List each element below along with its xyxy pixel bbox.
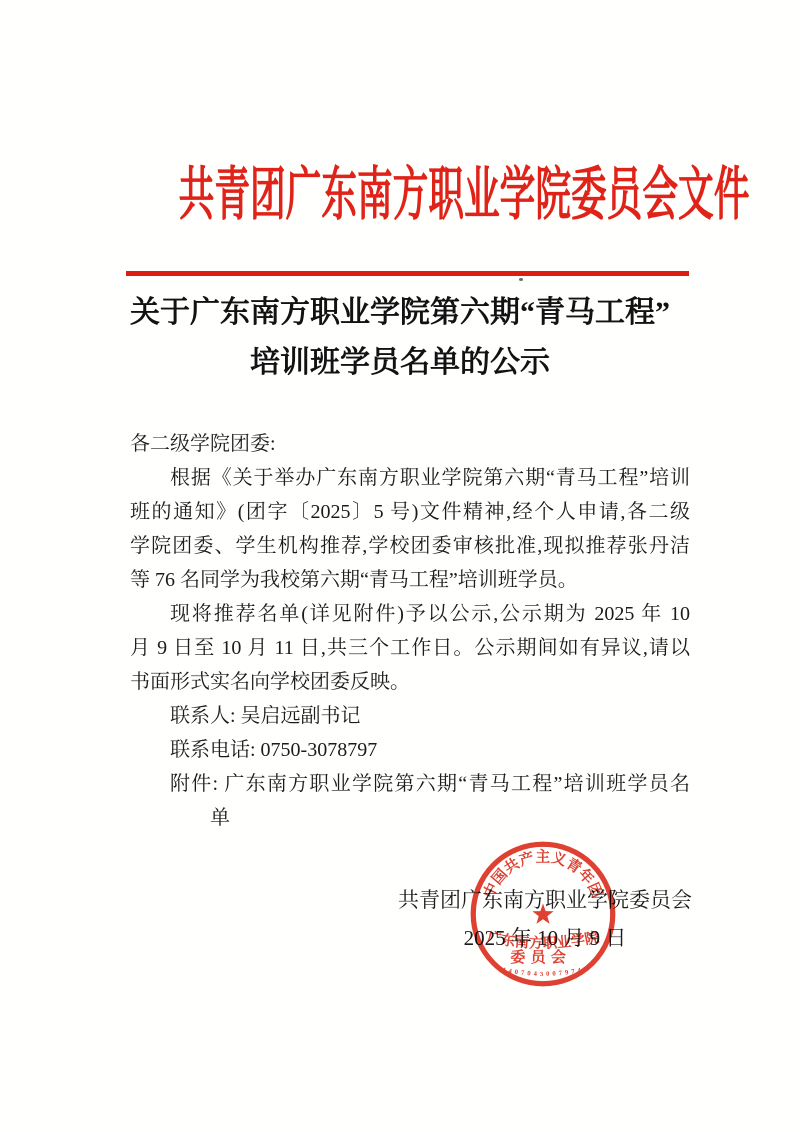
doc-title-line-1: 关于广东南方职业学院第六期“青马工程” bbox=[0, 288, 800, 338]
body-line: 等 76 名同学为我校第六期“青马工程”培训班学员。 bbox=[130, 563, 690, 597]
body-line: 书面形式实名向学校团委反映。 bbox=[130, 665, 690, 699]
body-line: 根据《关于举办广东南方职业学院第六期“青马工程”培训 bbox=[130, 461, 690, 495]
attachment-line: 附件: 广东南方职业学院第六期“青马工程”培训班学员名 bbox=[130, 767, 690, 801]
contact-phone-line: 联系电话: 0750-3078797 bbox=[130, 733, 690, 767]
letterhead-title: 共青团广东南方职业学院委员会文件 bbox=[179, 147, 750, 231]
seal-top-text: 中国共产主义青年团 bbox=[480, 848, 606, 901]
doc-title: 关于广东南方职业学院第六期“青马工程” 培训班学员名单的公示 bbox=[0, 288, 800, 388]
scan-speck bbox=[519, 278, 523, 281]
document-page: 共青团广东南方职业学院委员会文件 关于广东南方职业学院第六期“青马工程” 培训班… bbox=[0, 0, 800, 1132]
body-line: 学院团委、学生机构推荐,学校团委审核批准,现拟推荐张丹洁 bbox=[130, 529, 690, 563]
seal-committee-text: 委员会 bbox=[510, 948, 571, 966]
letterhead-rule bbox=[126, 271, 689, 276]
salutation: 各二级学院团委: bbox=[130, 427, 690, 461]
contact-person-line: 联系人: 吴启远副书记 bbox=[130, 699, 690, 733]
body-text: 各二级学院团委: 根据《关于举办广东南方职业学院第六期“青马工程”培训 班的通知… bbox=[130, 427, 690, 835]
body-line: 现将推荐名单(详见附件)予以公示,公示期为 2025 年 10 bbox=[130, 597, 690, 631]
official-seal: 中国共产主义青年团 广东南方职业学院 委员会 4407043007974 bbox=[468, 839, 618, 989]
body-line: 班的通知》(团字〔2025〕5 号)文件精神,经个人申请,各二级 bbox=[130, 495, 690, 529]
letterhead: 共青团广东南方职业学院委员会文件 bbox=[0, 147, 800, 231]
doc-title-line-2: 培训班学员名单的公示 bbox=[0, 338, 800, 388]
body-line: 月 9 日至 10 月 11 日,共三个工作日。公示期间如有异议,请以 bbox=[130, 631, 690, 665]
seal-star-icon bbox=[532, 904, 553, 924]
seal-org-text: 广东南方职业学院 bbox=[486, 928, 601, 952]
attachment-line-2: 单 bbox=[130, 801, 690, 835]
